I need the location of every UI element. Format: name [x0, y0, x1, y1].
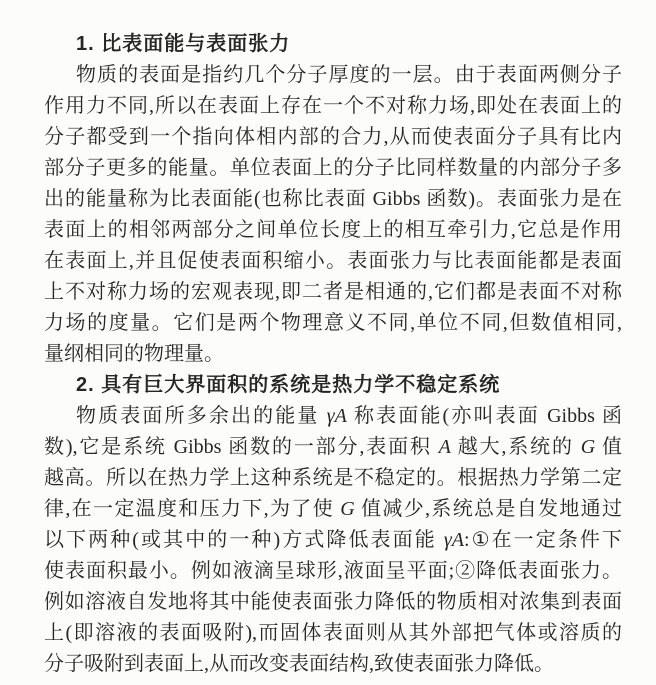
- text-line: 分子吸附到表面上,从而改变表面结构,致使表面张力降低。: [44, 649, 622, 680]
- text-line: 出的能量称为比表面能(也称比表面 Gibbs 函数)。表面张力是在: [44, 184, 622, 215]
- text-line: 表面上的相邻两部分之间单位长度上的相互牵引力,它总是作用: [44, 215, 622, 246]
- text-line: 例如溶液自发地将其中能使表面张力降低的物质相对浓集到表面: [44, 587, 622, 618]
- text-line: 物质表面所多余出的能量 γA 称表面能(亦叫表面 Gibbs 函: [44, 401, 622, 432]
- text-line: 部分子更多的能量。单位表面上的分子比同样数量的内部分子多: [44, 153, 622, 184]
- text-line: 量纲相同的物理量。: [44, 339, 622, 370]
- text-line: 分子都受到一个指向体相内部的合力,从而使表面分子具有比内: [44, 122, 622, 153]
- document-text: 1. 比表面能与表面张力物质的表面是指约几个分子厚度的一层。由于表面两侧分子作用…: [44, 29, 622, 680]
- text-line: 使表面积最小。例如液滴呈球形,液面呈平面;②降低表面张力。: [44, 556, 622, 587]
- section-heading: 2. 具有巨大界面积的系统是热力学不稳定系统: [44, 370, 622, 401]
- text-line: 上(即溶液的表面吸附),而固体表面则从其外部把气体或溶质的: [44, 618, 622, 649]
- section-heading: 1. 比表面能与表面张力: [44, 29, 622, 60]
- text-line: 越高。所以在热力学上这种系统是不稳定的。根据热力学第二定: [44, 463, 622, 494]
- text-line: 律,在一定温度和压力下,为了使 G 值减少,系统总是自发地通过: [44, 494, 622, 525]
- text-line: 力场的度量。它们是两个物理意义不同,单位不同,但数值相同,: [44, 308, 622, 339]
- text-line: 上不对称力场的宏观表现,即二者是相通的,它们都是表面不对称: [44, 277, 622, 308]
- text-line: 作用力不同,所以在表面上存在一个不对称力场,即处在表面上的: [44, 91, 622, 122]
- book-page: 1. 比表面能与表面张力物质的表面是指约几个分子厚度的一层。由于表面两侧分子作用…: [0, 0, 656, 685]
- text-line: 物质的表面是指约几个分子厚度的一层。由于表面两侧分子: [44, 60, 622, 91]
- text-line: 以下两种(或其中的一种)方式降低表面能 γA:①在一定条件下: [44, 525, 622, 556]
- text-line: 数),它是系统 Gibbs 函数的一部分,表面积 A 越大,系统的 G 值: [44, 432, 622, 463]
- text-line: 在表面上,并且促使表面积缩小。表面张力与比表面能都是表面: [44, 246, 622, 277]
